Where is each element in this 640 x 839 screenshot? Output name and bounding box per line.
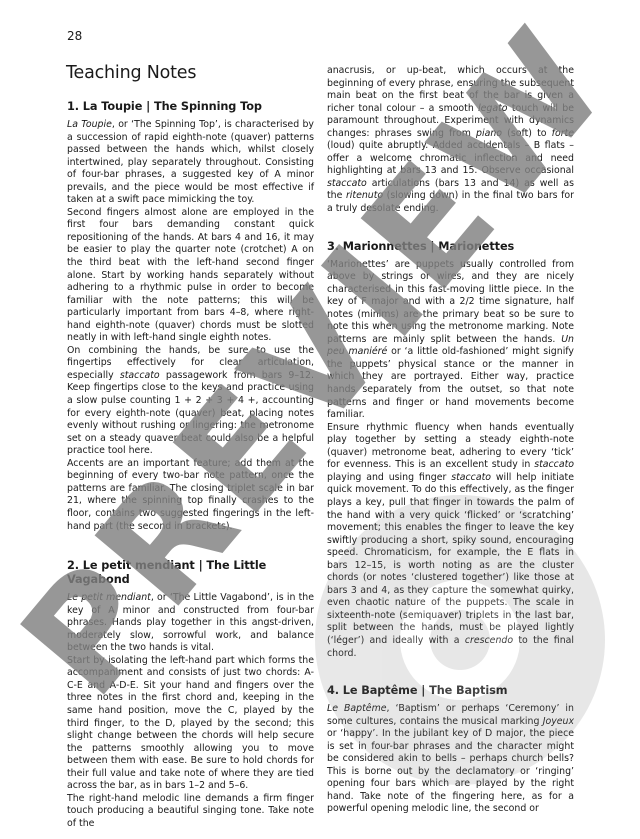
paragraph-split-continued: anacrusis, or up-beat, which occurs at t… bbox=[327, 65, 574, 216]
paragraph: Ensure rhythmic fluency when hands event… bbox=[327, 422, 574, 660]
paragraph: Accents are an important feature; add th… bbox=[67, 458, 314, 533]
page-title: Teaching Notes bbox=[66, 63, 196, 83]
paragraph: Le petit mendiant, or ‘The Little Vagabo… bbox=[67, 592, 314, 655]
section-body: La Toupie, or ‘The Spinning Top’, is cha… bbox=[67, 119, 314, 533]
section-body: Le petit mendiant, or ‘The Little Vagabo… bbox=[67, 592, 314, 793]
page-number: 28 bbox=[67, 29, 82, 43]
paragraph: On combining the hands, be sure to use t… bbox=[67, 345, 314, 458]
section-heading-le-petit-mendiant: 2. Le petit mendiant | The Little Vagabo… bbox=[67, 559, 314, 587]
paragraph: ‘Marionettes’ are puppets usually contro… bbox=[327, 259, 574, 422]
section-body: ‘Marionettes’ are puppets usually contro… bbox=[327, 259, 574, 661]
section-heading-marionnettes: 3. Marionnettes | Marionettes bbox=[327, 240, 574, 254]
section-body: Le Baptême, ‘Baptism’ or perhaps ‘Ceremo… bbox=[327, 703, 574, 816]
paragraph: Le Baptême, ‘Baptism’ or perhaps ‘Ceremo… bbox=[327, 703, 574, 816]
paragraph-split-start: The right-hand melodic line demands a fi… bbox=[67, 793, 314, 831]
section-heading-le-bapteme: 4. Le Baptême | The Baptism bbox=[327, 684, 574, 698]
paragraph: La Toupie, or ‘The Spinning Top’, is cha… bbox=[67, 119, 314, 207]
paragraph: Second fingers almost alone are employed… bbox=[67, 207, 314, 345]
right-column: anacrusis, or up-beat, which occurs at t… bbox=[327, 65, 574, 816]
paragraph: Start by isolating the left-hand part wh… bbox=[67, 655, 314, 793]
section-heading-la-toupie: 1. La Toupie | The Spinning Top bbox=[67, 100, 314, 114]
left-column: 1. La Toupie | The Spinning Top La Toupi… bbox=[67, 100, 314, 830]
